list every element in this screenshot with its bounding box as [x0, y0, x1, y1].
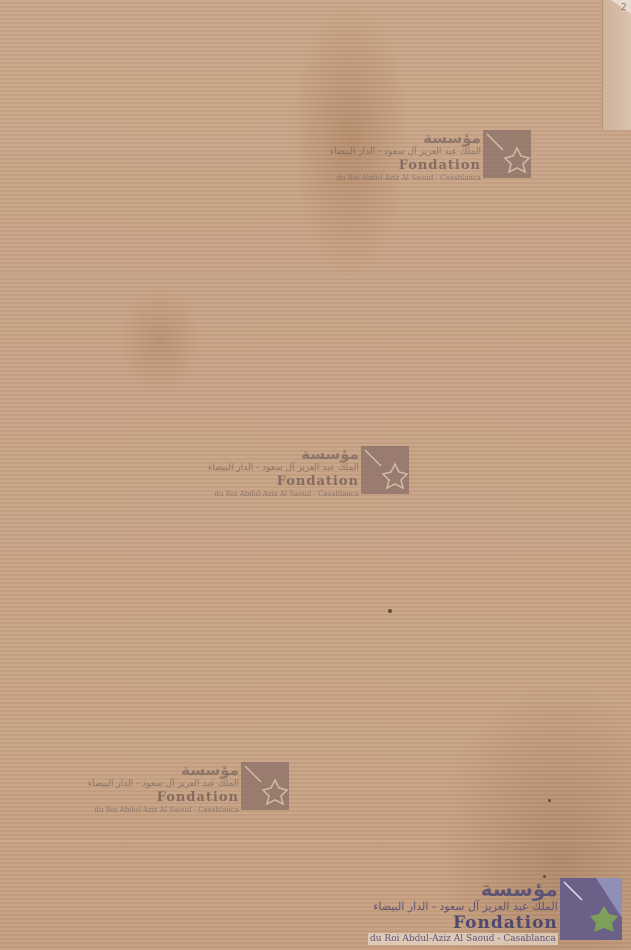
- watermark-french-subtitle: du Roi Abdul-Aziz Al Saoud - Casablanca: [368, 933, 558, 945]
- watermark-arabic-subtitle: الملك عبد العزيز آل سعود - الدار البيضاء: [373, 900, 558, 914]
- watermark-french-subtitle: du Roi Abdul-Aziz Al Saoud - Casablanca: [336, 173, 480, 183]
- watermark-french-title: Fondation: [277, 474, 359, 489]
- ink-spot: [548, 799, 551, 802]
- crease: [0, 840, 631, 841]
- scanned-page: 2 مؤسسة الملك عبد العزيز آل سعود - الدار…: [0, 0, 631, 950]
- watermark-arabic-subtitle: الملك عبد العزيز آل سعود - الدار البيضاء: [330, 146, 481, 158]
- watermark-french-subtitle: du Roi Abdul-Aziz Al Saoud - Casablanca: [94, 805, 238, 815]
- watermark-arabic-title: مؤسسة: [301, 446, 359, 462]
- watermark-arabic-title: مؤسسة: [181, 762, 239, 778]
- foundation-watermark: مؤسسة الملك عبد العزيز آل سعود - الدار ا…: [88, 762, 289, 815]
- foundation-watermark-color: مؤسسة الملك عبد العزيز آل سعود - الدار ا…: [368, 878, 622, 945]
- foundation-watermark: مؤسسة الملك عبد العزيز آل سعود - الدار ا…: [208, 446, 409, 499]
- watermark-french-title: Fondation: [453, 914, 558, 933]
- watermark-arabic-title: مؤسسة: [481, 878, 558, 900]
- foundation-watermark: مؤسسة الملك عبد العزيز آل سعود - الدار ا…: [330, 130, 531, 183]
- foundation-logo-icon: [483, 130, 531, 178]
- ink-spot: [388, 609, 392, 613]
- crease: [0, 275, 631, 276]
- watermark-arabic-subtitle: الملك عبد العزيز آل سعود - الدار البيضاء: [88, 778, 239, 790]
- foundation-logo-icon: [241, 762, 289, 810]
- crease: [0, 700, 631, 701]
- foundation-logo-icon: [560, 878, 622, 940]
- watermark-french-title: Fondation: [399, 158, 481, 173]
- watermark-arabic-subtitle: الملك عبد العزيز آل سعود - الدار البيضاء: [208, 462, 359, 474]
- watermark-arabic-title: مؤسسة: [423, 130, 481, 146]
- watermark-french-title: Fondation: [157, 790, 239, 805]
- page-marker: 2: [621, 2, 627, 13]
- torn-corner: [602, 0, 631, 130]
- watermark-french-subtitle: du Roi Abdul-Aziz Al Saoud - Casablanca: [214, 489, 358, 499]
- foundation-logo-icon: [361, 446, 409, 494]
